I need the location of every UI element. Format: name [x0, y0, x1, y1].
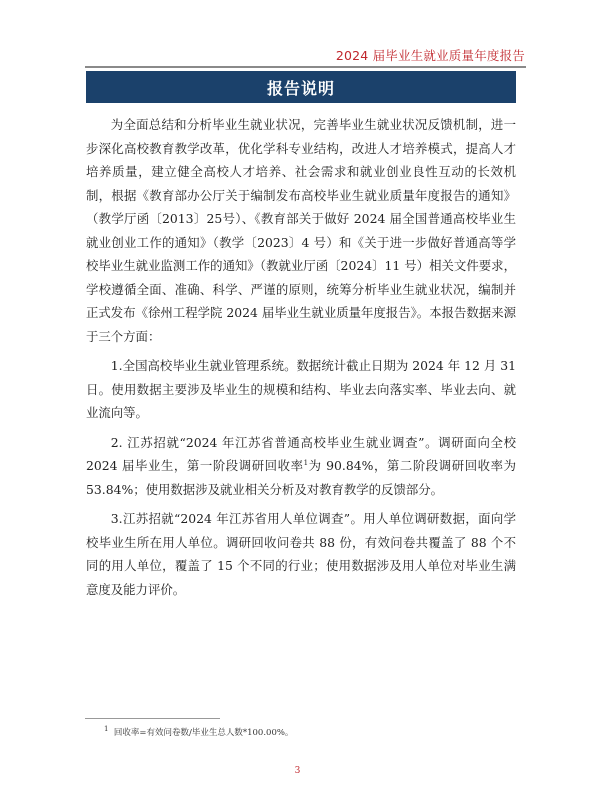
footnote: 1 回收率=有效问卷数/毕业生总人数*100.00%。: [104, 726, 293, 738]
section-banner: 报告说明: [86, 71, 516, 103]
header-rule: [85, 66, 526, 68]
report-body: 为全面总结和分析毕业生就业状况，完善毕业生就业状况反馈机制，进一步深化高校教育教…: [86, 113, 516, 601]
intro-paragraph: 为全面总结和分析毕业生就业状况，完善毕业生就业状况反馈机制，进一步深化高校教育教…: [86, 113, 516, 348]
source-item-1: 1.全国高校毕业生就业管理系统。数据统计截止日期为 2024 年 12 月 31…: [86, 354, 516, 425]
source-item-2: 2. 江苏招就“2024 年江苏省普通高校毕业生就业调查”。调研面向全校 202…: [86, 431, 516, 502]
footnote-marker: 1: [104, 725, 108, 733]
source-item-3: 3.江苏招就“2024 年江苏省用人单位调查”。用人单位调研数据，面向学校毕业生…: [86, 507, 516, 601]
page-number: 3: [0, 766, 595, 776]
footnote-divider: [85, 718, 220, 719]
running-header: 2024 届毕业生就业质量年度报告: [336, 46, 525, 64]
footnote-text: 回收率=有效问卷数/毕业生总人数*100.00%。: [114, 728, 294, 738]
section-title: 报告说明: [267, 76, 335, 99]
